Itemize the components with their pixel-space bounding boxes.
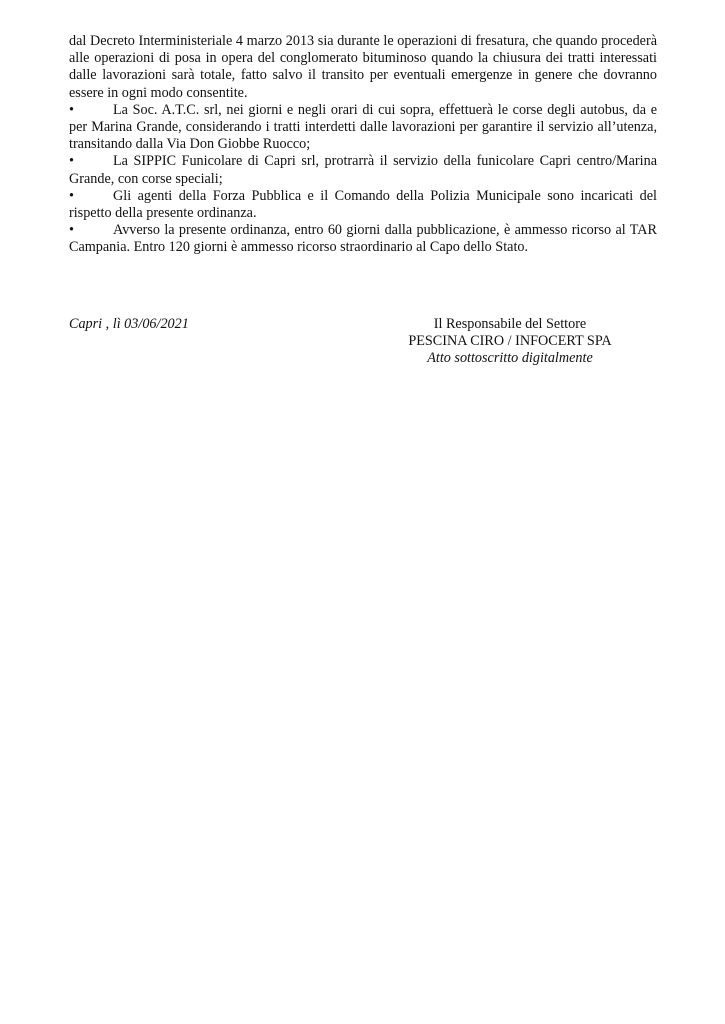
body-text: dal Decreto Interministeriale 4 marzo 20… — [69, 33, 657, 257]
signature-block: Il Responsabile del Settore PESCINA CIRO… — [380, 316, 640, 368]
bullet-icon: • — [69, 222, 113, 239]
bullet-icon: • — [69, 102, 113, 119]
signature-name: PESCINA CIRO / INFOCERT SPA — [380, 333, 640, 350]
bullet-item-appeal: •Avverso la presente ordinanza, entro 60… — [69, 222, 657, 256]
bullet-item-police: •Gli agenti della Forza Pubblica e il Co… — [69, 188, 657, 222]
bullet-text: La SIPPIC Funicolare di Capri srl, protr… — [69, 153, 657, 186]
bullet-icon: • — [69, 153, 113, 170]
signature-note: Atto sottoscritto digitalmente — [380, 350, 640, 367]
signature-role: Il Responsabile del Settore — [380, 316, 640, 333]
bullet-icon: • — [69, 188, 113, 205]
bullet-text: La Soc. A.T.C. srl, nei giorni e negli o… — [69, 102, 657, 152]
place-date: Capri , lì 03/06/2021 — [69, 316, 189, 333]
bullet-item-sippic: •La SIPPIC Funicolare di Capri srl, prot… — [69, 153, 657, 187]
document-page: dal Decreto Interministeriale 4 marzo 20… — [0, 0, 725, 1024]
bullet-text: Gli agenti della Forza Pubblica e il Com… — [69, 188, 657, 221]
continuation-paragraph: dal Decreto Interministeriale 4 marzo 20… — [69, 33, 657, 102]
bullet-item-atc: •La Soc. A.T.C. srl, nei giorni e negli … — [69, 102, 657, 154]
bullet-text: Avverso la presente ordinanza, entro 60 … — [69, 222, 657, 255]
